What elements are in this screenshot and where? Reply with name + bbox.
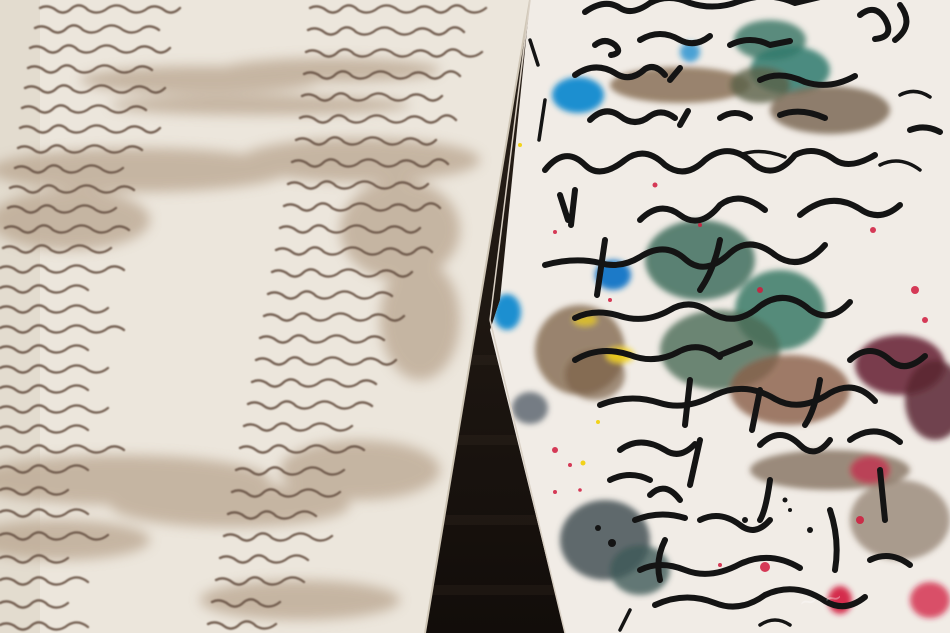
scrolls-illustration: ~ ~ [0,0,950,633]
photo-scene: ~ ~ [0,0,950,633]
right-scroll: ~ ~ [480,0,950,633]
